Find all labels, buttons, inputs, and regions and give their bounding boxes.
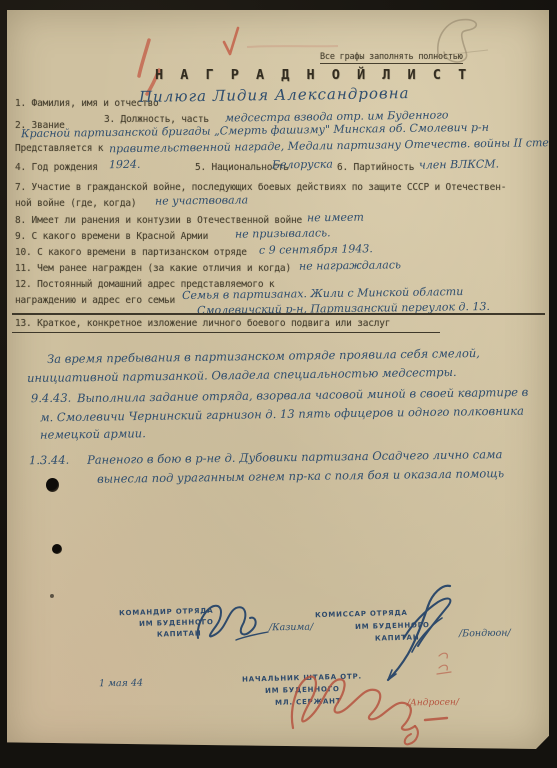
- field-11-value: не награждалась: [299, 258, 401, 272]
- feat-paragraph1-line2: инициативной партизанкой. Овладела специ…: [27, 365, 457, 385]
- signature-date: 1 мая 44: [99, 678, 143, 690]
- red-check-icon: [218, 24, 244, 58]
- present-label: Представляется к: [15, 143, 103, 154]
- commander-name: /Казима/: [269, 622, 313, 634]
- field-7-value: не участвовала: [155, 193, 248, 207]
- field-1-label: 1. Фамилия, имя и отчество: [15, 98, 159, 109]
- field-8-value: не имеет: [307, 211, 364, 225]
- field-1-value: Пилюга Лидия Александровна: [139, 84, 410, 106]
- field-4-value: 1924.: [109, 158, 141, 171]
- feat-paragraph3-line1: Раненого в бою в р-не д. Дубовики партиз…: [87, 447, 503, 467]
- commissar-name: /Бондюон/: [459, 628, 511, 640]
- field-3-label: 3. Должность, часть: [104, 114, 209, 125]
- feat-paragraph2-line1: Выполнила задание отряда, взорвала часов…: [77, 385, 528, 405]
- commander-signature-scrawl: [192, 596, 272, 651]
- punch-hole-bottom: [52, 544, 62, 554]
- field-10-label: 10. С какого времени в партизанском отря…: [15, 247, 247, 258]
- field-8-label: 8. Имеет ли ранения и контузии в Отечест…: [15, 215, 302, 226]
- paper-speck: [50, 594, 54, 598]
- field-7-label-line2: ной войне (где, когда): [15, 198, 136, 209]
- section-13-header: 13. Краткое, конкретное изложение личног…: [15, 318, 390, 329]
- section-13-underline: [12, 332, 440, 333]
- top-note: Все графы заполнять полностью: [320, 52, 463, 64]
- feat-paragraph2-line3: немецкой армии.: [40, 426, 146, 441]
- chief-name: /Андросен/: [407, 698, 459, 709]
- feat-paragraph1-line1: За время пребывания в партизанском отряд…: [47, 346, 480, 366]
- feat-paragraph3-date: 1.3.44.: [29, 453, 69, 468]
- feat-paragraph3-line2: вынесла под ураганным огнем пр-ка с поля…: [97, 466, 504, 486]
- section-13-top-rule: [12, 313, 545, 315]
- scan-background: Все графы заполнять полностью Н А Г Р А …: [0, 0, 557, 768]
- red-faint-dash: [245, 43, 340, 51]
- page-title: Н А Г Р А Д Н О Й Л И С Т: [155, 67, 471, 83]
- award-sheet-paper: Все графы заполнять полностью Н А Г Р А …: [7, 10, 549, 749]
- punch-hole-top: [46, 478, 59, 492]
- field-10-value: с 9 сентября 1943.: [259, 242, 373, 257]
- field-6-label: 6. Партийность: [337, 162, 414, 173]
- field-5-value: Белоруска: [272, 158, 333, 172]
- present-value: правительственной награде, Медали партиз…: [109, 136, 557, 156]
- field-11-label: 11. Чем ранее награжден (за какие отличи…: [15, 263, 291, 274]
- feat-paragraph2-date: 9.4.43.: [31, 391, 71, 406]
- field-12-label-line2: награждению и адрес его семьи: [15, 295, 175, 306]
- field-7-label-line1: 7. Участие в гражданской войне, последую…: [15, 182, 506, 193]
- field-4-label: 4. Год рождения: [15, 162, 98, 173]
- field-6-value: член ВЛКСМ.: [419, 157, 499, 171]
- field-9-label: 9. С какого времени в Красной Армии: [15, 231, 208, 242]
- field-9-value: не призывалась.: [235, 226, 331, 240]
- field-12-value-line1: Семья в партизанах. Жили с Минской облас…: [182, 285, 463, 302]
- feat-paragraph2-line2: м. Смолевичи Чернинский гарнизон д. 13 п…: [40, 404, 524, 425]
